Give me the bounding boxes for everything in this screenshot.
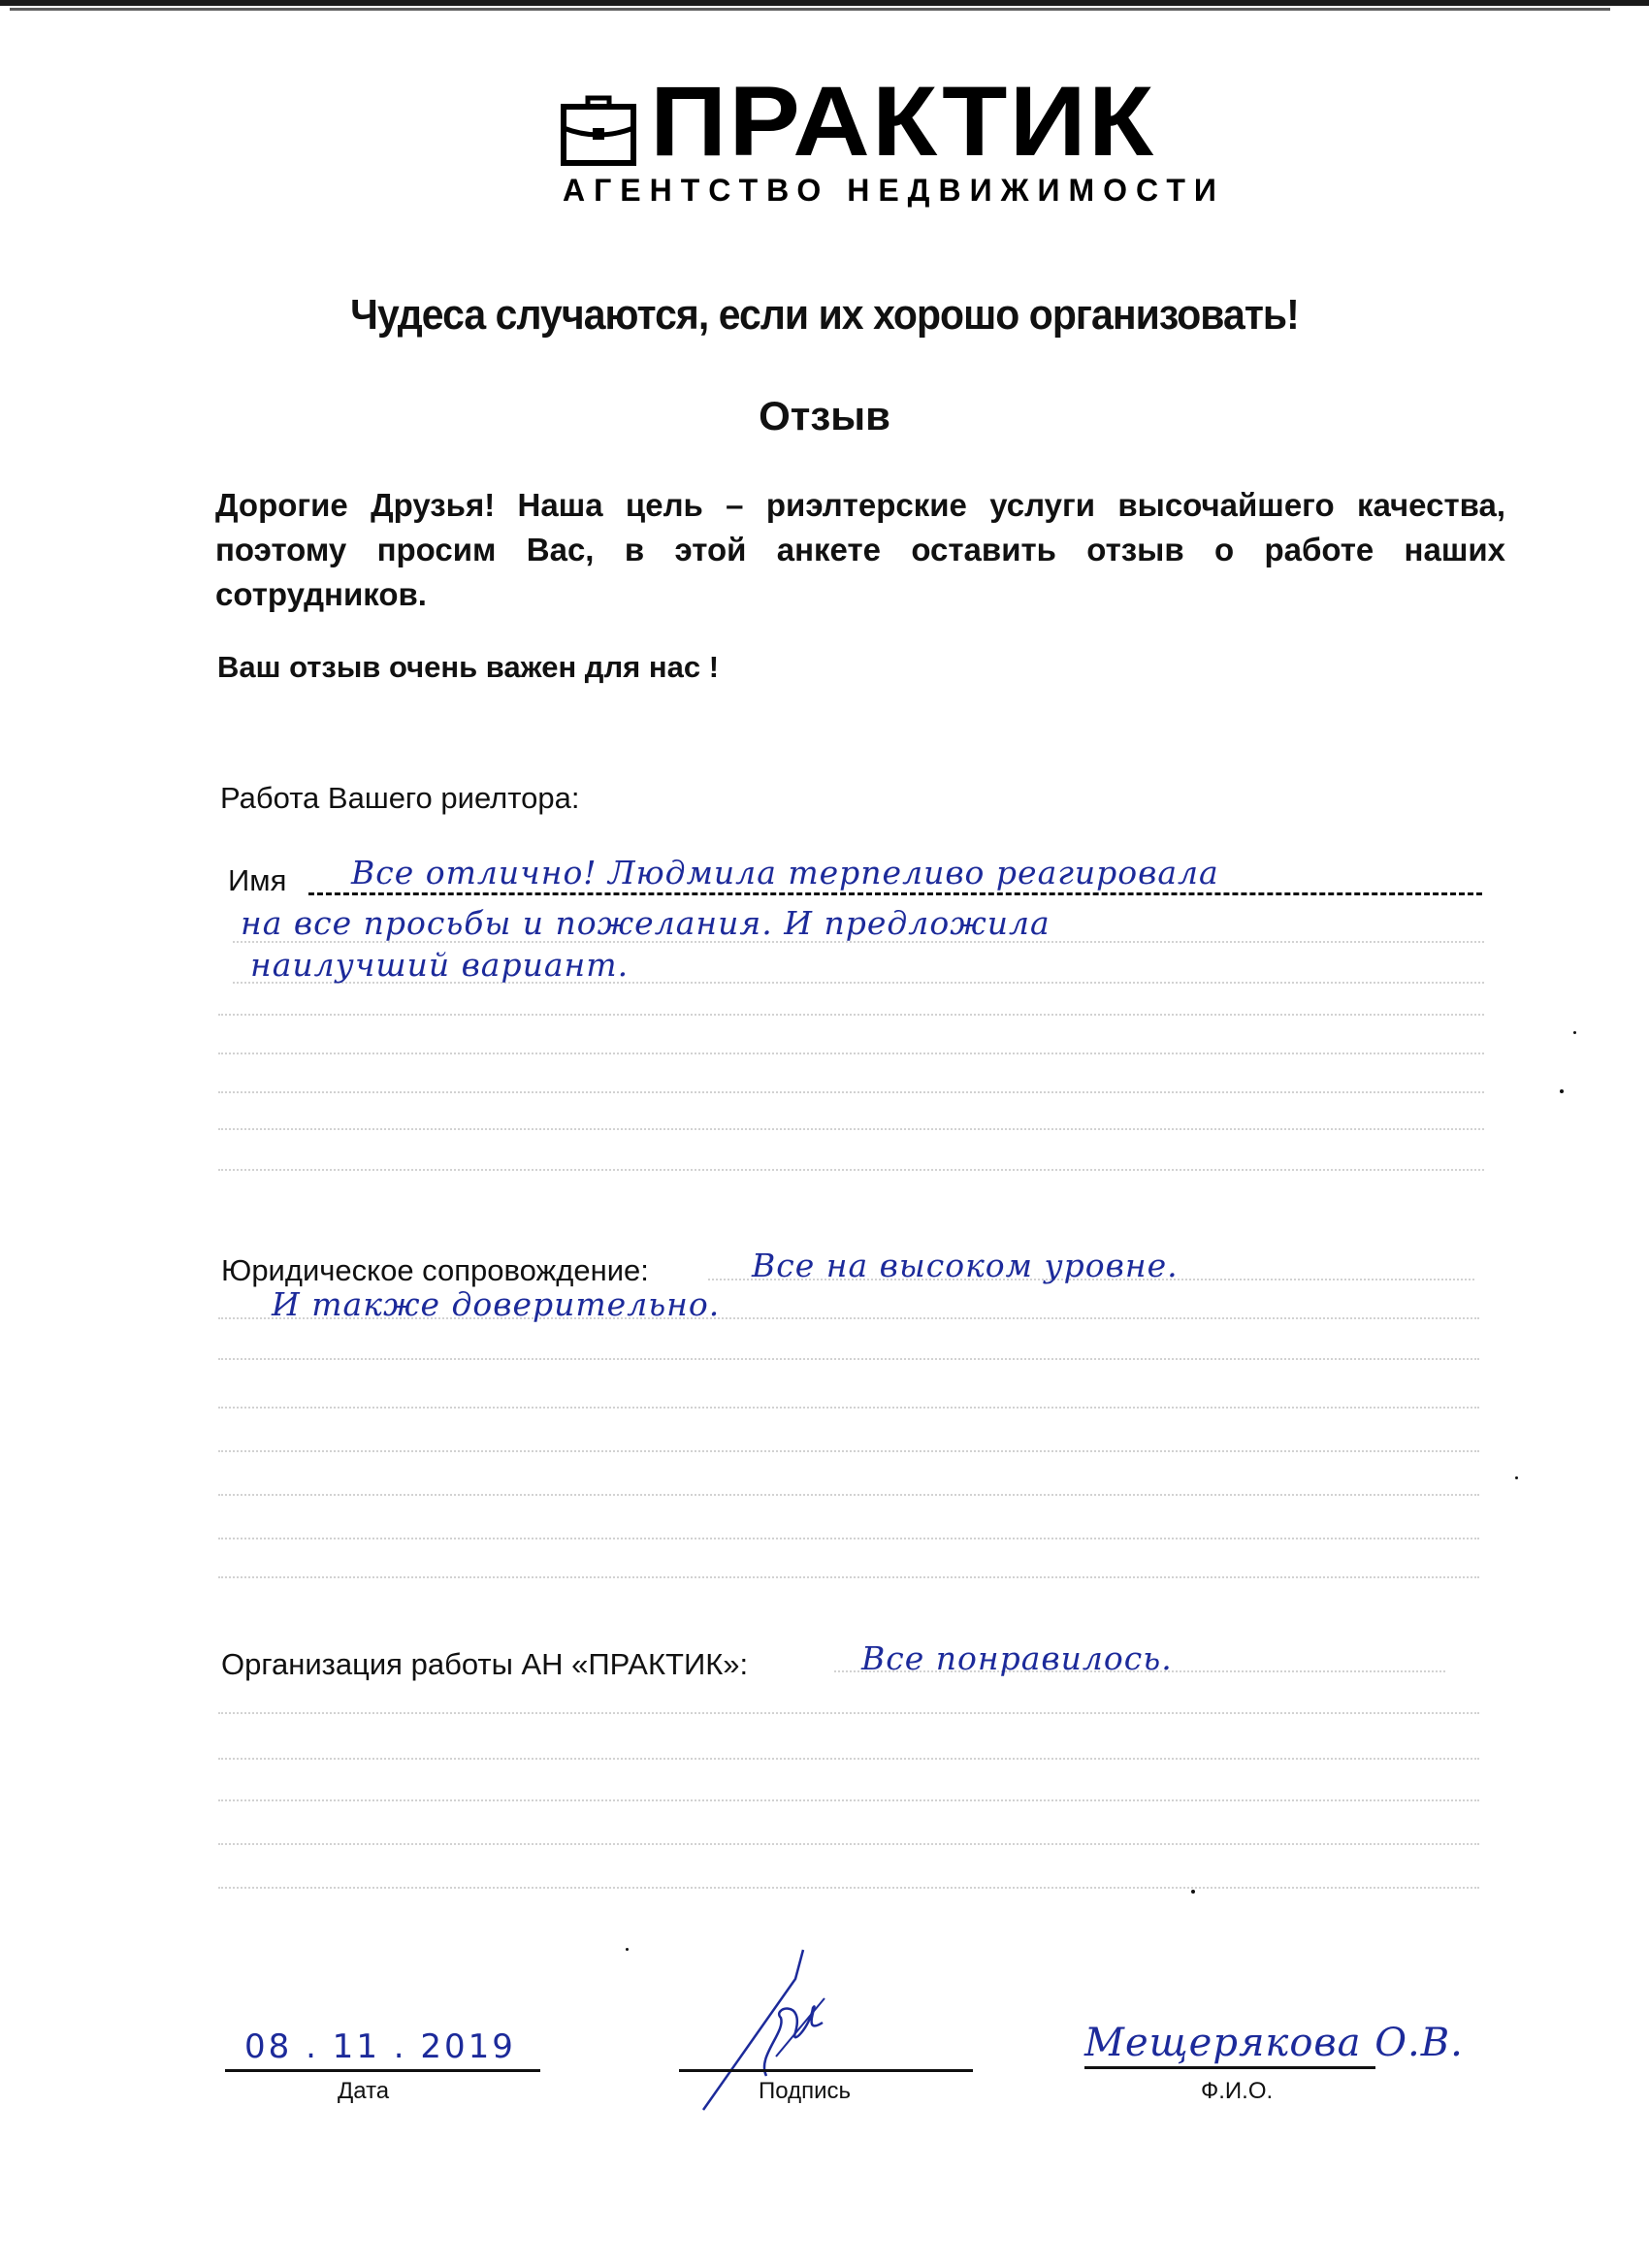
intro-paragraph: Дорогие Друзья! Наша цель – риэлтерские …	[215, 483, 1505, 617]
answer-line	[218, 1169, 1484, 1171]
brand-name: ПРАКТИК	[650, 72, 1155, 171]
date-line	[225, 2069, 540, 2072]
scan-speck	[626, 1948, 629, 1951]
answer-line	[218, 1538, 1479, 1539]
legal-answer-line-2[interactable]: И также доверительно.	[272, 1285, 720, 1323]
full-name-value[interactable]: Мещерякова О.В.	[1084, 2021, 1464, 2065]
name-label: Имя	[228, 863, 286, 898]
answer-line	[218, 1712, 1479, 1714]
realtor-answer-line-3[interactable]: наилучший вариант.	[250, 946, 629, 984]
important-note: Ваш отзыв очень важен для нас !	[217, 650, 719, 685]
answer-line	[218, 1494, 1479, 1496]
realtor-answer-line-2[interactable]: на все просьбы и пожелания. И предложила	[241, 904, 1051, 942]
organization-label: Организация работы АН «ПРАКТИК»:	[221, 1647, 748, 1682]
brand-subtitle: АГЕНТСТВО НЕДВИЖИМОСТИ	[563, 173, 1225, 209]
briefcase-icon	[561, 93, 636, 167]
scan-top-line	[10, 8, 1610, 11]
scan-speck	[1560, 1089, 1564, 1093]
answer-line	[218, 1450, 1479, 1452]
realtor-section-heading: Работа Вашего риелтора:	[220, 781, 579, 816]
scan-speck	[1191, 1890, 1195, 1894]
full-name-line	[1084, 2066, 1375, 2069]
legal-support-label: Юридическое сопровождение:	[221, 1253, 649, 1288]
answer-line	[218, 1091, 1484, 1093]
legal-answer-line-1[interactable]: Все на высоком уровне.	[752, 1247, 1179, 1284]
page-title: Отзыв	[0, 393, 1649, 439]
scan-speck	[1515, 1476, 1518, 1479]
answer-line	[218, 1576, 1479, 1578]
date-value[interactable]: 08 . 11 . 2019	[244, 2027, 516, 2066]
scan-speck	[1573, 1031, 1576, 1034]
signature-label: Подпись	[759, 2078, 851, 2105]
name-field-line	[308, 892, 1482, 895]
signature-line	[679, 2069, 973, 2072]
answer-line	[218, 1358, 1479, 1360]
answer-line	[218, 1014, 1484, 1016]
answer-line	[218, 1799, 1479, 1801]
answer-line	[218, 1053, 1484, 1054]
company-logo: ПРАКТИК АГЕНТСТВО НЕДВИЖИМОСТИ	[561, 85, 1162, 211]
answer-line	[218, 1843, 1479, 1845]
scan-top-edge	[0, 0, 1649, 6]
date-label: Дата	[338, 2078, 389, 2105]
full-name-label: Ф.И.О.	[1201, 2078, 1273, 2105]
organization-answer-line-1[interactable]: Все понравилось.	[861, 1639, 1173, 1677]
answer-line	[218, 1887, 1479, 1889]
answer-line	[218, 1758, 1479, 1760]
slogan: Чудеса случаются, если их хорошо организ…	[58, 291, 1592, 340]
answer-line	[218, 1128, 1484, 1130]
answer-line	[218, 1407, 1479, 1409]
realtor-answer-line-1[interactable]: Все отлично! Людмила терпеливо реагирова…	[351, 854, 1219, 891]
